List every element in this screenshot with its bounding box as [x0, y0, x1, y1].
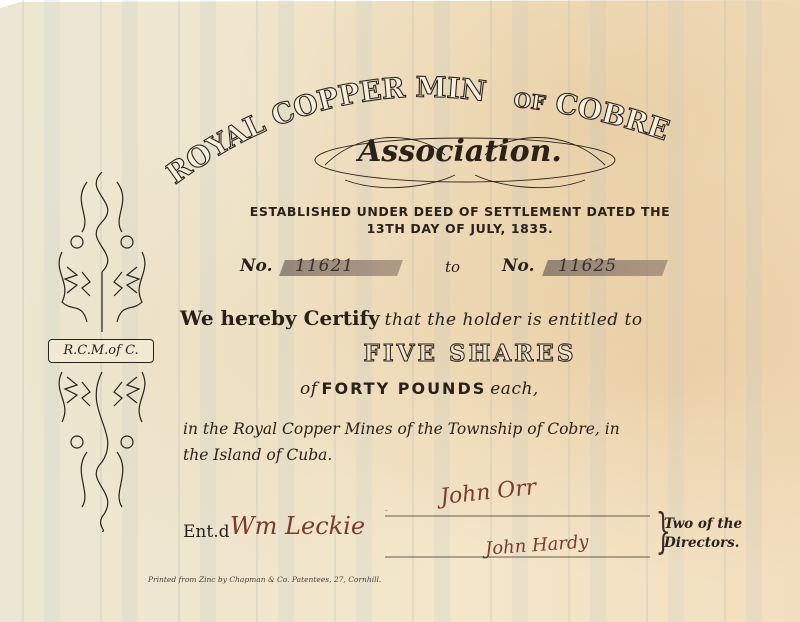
share-count: FIVE SHARES	[340, 340, 600, 367]
share-value: FORTY POUNDS	[322, 379, 487, 398]
each-word: each,	[490, 379, 539, 399]
established-statement: ESTABLISHED UNDER DEED OF SETTLEMENT DAT…	[210, 203, 710, 237]
number-label-from: No.	[240, 256, 273, 276]
number-connector: to	[445, 258, 460, 276]
entered-label: Ent.d	[183, 522, 229, 542]
number-to: 11625	[558, 256, 617, 276]
association-subtitle: Association.	[340, 134, 580, 169]
certify-statement: We hereby Certify that the holder is ent…	[180, 306, 780, 331]
printer-imprint: Printed from Zinc by Chapman & Co. Paten…	[148, 575, 381, 584]
directors-caption: Two of the Directors.	[664, 515, 742, 553]
number-label-to: No.	[502, 256, 535, 276]
directors-caption-line-2: Directors.	[664, 534, 742, 553]
mine-location-text: in the Royal Copper Mines of the Townshi…	[183, 416, 783, 468]
entered-by-signature: Wm Leckie	[230, 512, 365, 540]
established-line-1: ESTABLISHED UNDER DEED OF SETTLEMENT DAT…	[210, 203, 710, 220]
monogram-cartouche: R.C.M.of C.	[48, 339, 154, 363]
certificate-number-range: No. 11621 to No. 11625	[240, 256, 660, 280]
share-value-line: of FORTY POUNDS each,	[300, 379, 600, 399]
number-from: 11621	[295, 256, 354, 276]
signature-lines	[385, 510, 650, 560]
certify-script: that the holder is entitled to	[385, 310, 643, 330]
of-word: of	[300, 379, 318, 399]
established-line-2: 13TH DAY OF JULY, 1835.	[210, 220, 710, 237]
body-line-1: in the Royal Copper Mines of the Townshi…	[183, 416, 783, 442]
body-line-2: the Island of Cuba.	[183, 442, 783, 468]
directors-caption-line-1: Two of the	[664, 515, 742, 534]
certify-blackletter: We hereby Certify	[180, 306, 380, 330]
